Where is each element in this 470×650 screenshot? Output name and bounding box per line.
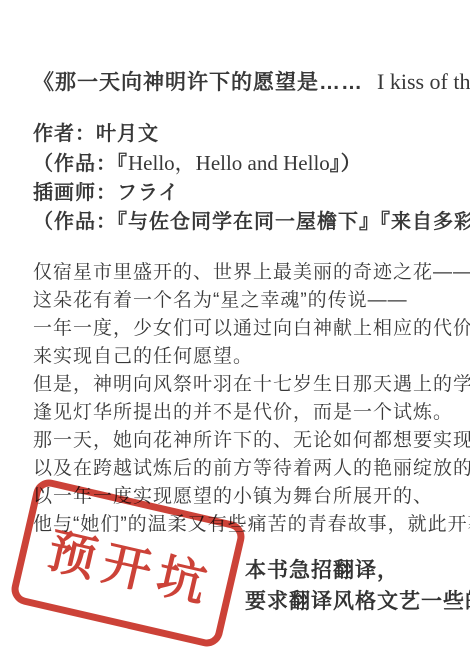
synopsis-line: 这朵花有着一个名为“星之幸魂”的传说—— [33,287,470,315]
synopsis-line: 仅宿星市里盛开的、世界上最美丽的奇迹之花——“米拉库蒂 [33,259,470,287]
credits-block: 作者：叶月文 （作品：『Hello，Hello and Hello』） 插画师：… [33,120,470,237]
illustrator-works-line: （作品：『与佐仓同学在同一屋檐下』『来自多彩世界 [33,208,470,237]
author-works-title: Hello，Hello and Hello [128,151,330,175]
recruit-note-line: 要求翻译风格文艺一些的 [245,586,470,617]
author-works-line: （作品：『Hello，Hello and Hello』） [33,149,470,179]
recruit-note-line: 本书急招翻译， [245,555,470,586]
synopsis-line: 那一天，她向花神所许下的、无论如何都想要实现的愿望是—— [33,427,470,455]
synopsis-line: 来实现自己的任何愿望。 [33,343,470,371]
synopsis-line: 但是，神明向风祭叶羽在十七岁生日那天遇上的学姐—— [33,371,470,399]
title-english: I kiss of the orange [377,69,470,94]
synopsis-line: 一年一度，少女们可以通过向白神献上相应的代价， [33,315,470,343]
author-line: 作者：叶月文 [33,120,470,149]
page-title: 《那一天向神明许下的愿望是……I kiss of the orange [33,66,470,96]
preorder-stamp-label: 预开坑 [34,510,221,617]
synopsis-line: 逢见灯华所提出的并不是代价，而是一个试炼。 [33,399,470,427]
illustrator-line: 插画师：フライ [33,179,470,208]
recruit-note: 本书急招翻译， 要求翻译风格文艺一些的 [245,555,470,617]
synopsis-line: 以及在跨越试炼后的前方等待着两人的艳丽绽放的奇迹是—— [33,455,470,483]
announcement-page: 《那一天向神明许下的愿望是……I kiss of the orange 作者：叶… [0,0,470,650]
title-cjk: 《那一天向神明许下的愿望是…… [33,71,363,94]
